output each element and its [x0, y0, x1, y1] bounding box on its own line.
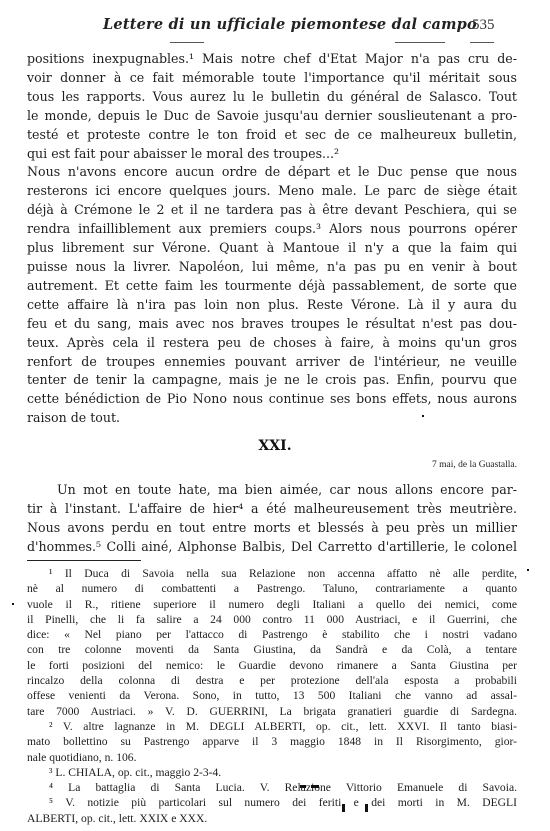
text-line: voir donner à ce fait mémorable toute l'… [27, 69, 517, 88]
footnote-line: nale quotidiano, n. 106. [27, 750, 517, 765]
footnote-line: tare 7000 Austriaci. » V. D. GUERRINI, L… [27, 704, 517, 719]
footnote-line: rincalzo della colonna di destra e per p… [27, 673, 517, 688]
letter-body-part2: Un mot en toute hate, ma bien aimée, car… [27, 481, 517, 557]
scan-artifact [311, 785, 319, 788]
running-head-title: Lettere di un ufficiale piemontese dal c… [103, 16, 477, 33]
footnote-line: il Pinelli, che li fa salire a 24 000 co… [27, 612, 517, 627]
footnote-line: dice: « Nel piano per l'attacco di Pastr… [27, 627, 517, 642]
text-line: positions inexpugnables.¹ Mais notre che… [27, 50, 517, 69]
scan-artifact [422, 415, 424, 417]
text-line: teux. Après cela il restera peu de chose… [27, 334, 517, 353]
scan-artifact [12, 603, 14, 605]
text-line: rendra infailliblement aux premiers coup… [27, 220, 517, 239]
text-line: resterons ici encore quelques jours. Men… [27, 182, 517, 201]
text-line: tenter de tenir la campagne, mais je ne … [27, 371, 517, 390]
running-head: Lettere di un ufficiale piemontese dal c… [0, 16, 550, 38]
footnote-line: offese venienti da Verona. Sono, in tutt… [27, 688, 517, 703]
text-line: déjà à Crémone le 2 et il ne tardera pas… [27, 201, 517, 220]
footnote-line: ² V. altre lagnanze in M. DEGLI ALBERTI,… [27, 719, 517, 734]
text-line: feu et du sang, mais avec nos braves tro… [27, 315, 517, 334]
header-rule-mid [395, 42, 445, 43]
scan-artifact [300, 785, 306, 788]
text-line: le monde, depuis le Duc de Savoie jusqu'… [27, 107, 517, 126]
text-line: qui est fait pour abaisser le moral des … [27, 145, 517, 164]
text-line: tir à l'instant. L'affaire de hier⁴ a ét… [27, 500, 517, 519]
text-line: plus librement sur Vérone. Quant à Manto… [27, 239, 517, 258]
footnote-separator [27, 560, 141, 561]
text-line: Nous n'avons encore aucun ordre de dépar… [27, 163, 517, 182]
dateline: 7 mai, de la Guastalla. [432, 460, 517, 470]
letter-body-part1: positions inexpugnables.¹ Mais notre che… [27, 50, 517, 428]
text-line: d'hommes.⁵ Colli ainé, Alphonse Balbis, … [27, 538, 517, 557]
text-line: cette affaire là n'ira pas loin non plus… [27, 296, 517, 315]
text-line: cette bénédiction de Pio Nono nous conti… [27, 390, 517, 409]
scan-artifact [342, 804, 345, 812]
book-page: Lettere di un ufficiale piemontese dal c… [0, 0, 550, 831]
footnote-line: vuole il R., ritiene superiore il numero… [27, 597, 517, 612]
footnote-line: mato bollettino su Pastrengo apparve il … [27, 734, 517, 749]
text-line: renfort de troupes ennemies pouvant arri… [27, 353, 517, 372]
footnote-line: ALBERTI, op. cit., lett. XXIX e XXX. [27, 811, 517, 826]
page-number: 535 [472, 17, 495, 34]
text-line: Un mot en toute hate, ma bien aimée, car… [27, 481, 517, 500]
scan-artifact [365, 804, 368, 812]
text-line: autrement. Et cette faim les tourmente d… [27, 277, 517, 296]
text-line: raison de tout. [27, 409, 517, 428]
footnote-line: ¹ Il Duca di Savoia nella sua Relazione … [27, 566, 517, 581]
footnote-line: ⁵ V. notizie più particolari sul numero … [27, 795, 517, 810]
text-line: Nous avons perdu en tout entre morts et … [27, 519, 517, 538]
footnote-line: ³ L. CHIALA, op. cit., maggio 2-3-4. [27, 765, 517, 780]
scan-artifact [527, 569, 529, 571]
footnotes: ¹ Il Duca di Savoia nella sua Relazione … [27, 566, 517, 826]
text-line: puisse nous la livrer. Napoléon, lui mêm… [27, 258, 517, 277]
footnote-line: le forti posizioni del nemico: le Guardi… [27, 658, 517, 673]
text-line: testé et proteste contre le ton froid et… [27, 126, 517, 145]
letter-number-heading: XXI. [0, 438, 550, 454]
header-rule-left [170, 42, 204, 43]
header-rule-right [470, 42, 494, 43]
text-line: tous les rapports. Vous aurez lu le bull… [27, 88, 517, 107]
footnote-line: ⁴ La battaglia di Santa Lucia. V. Relazi… [27, 780, 517, 795]
footnote-line: nè al numero di combattenti a Pastrengo.… [27, 581, 517, 596]
footnote-line: con tre colonne moventi da Santa Giustin… [27, 642, 517, 657]
